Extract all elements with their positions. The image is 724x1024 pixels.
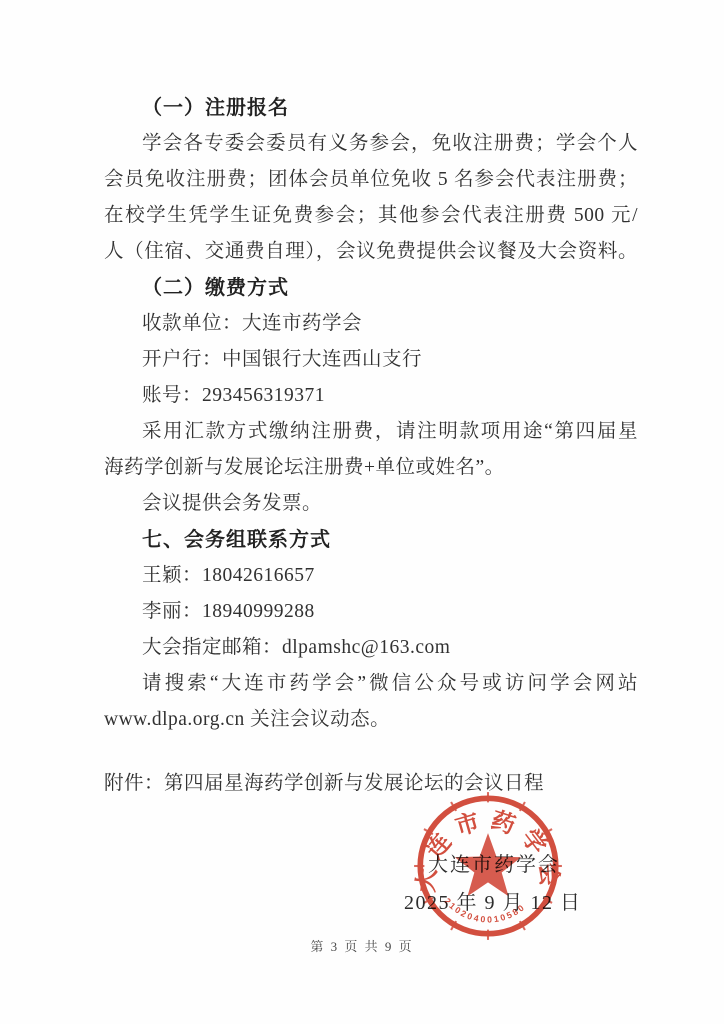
account-number-line: 账号：293456319371 [104, 378, 638, 414]
contact-email-line: 大会指定邮箱：dlpamshc@163.com [104, 630, 638, 666]
doc-line: 请搜索“大连市药学会”微信公众号或访问学会网站 [104, 666, 638, 702]
official-seal: 大连市药学会 2102040010580 [410, 788, 566, 944]
document-body: （一）注册报名 学会各专委会委员有义务参会，免收注册费；学会个人 会员免收注册费… [104, 90, 638, 802]
seal-serial-text: 2102040010580 [442, 896, 527, 925]
doc-line: 采用汇款方式缴纳注册费，请注明款项用途“第四届星 [104, 414, 638, 450]
invoice-line: 会议提供会务发票。 [104, 486, 638, 522]
section-heading-contact: 七、会务组联系方式 [104, 522, 638, 558]
doc-line: 学会各专委会委员有义务参会，免收注册费；学会个人 [104, 126, 638, 162]
doc-line: 海药学创新与发展论坛注册费+单位或姓名”。 [104, 450, 638, 486]
payee-line: 收款单位：大连市药学会 [104, 306, 638, 342]
contact-phone-line: 李丽：18940999288 [104, 594, 638, 630]
doc-line: 在校学生凭学生证免费参会；其他参会代表注册费 500 元/ [104, 198, 638, 234]
scanned-document-page: { "doc": { "lines": [ { "text": "（一）注册报名… [0, 0, 724, 1024]
bank-line: 开户行：中国银行大连西山支行 [104, 342, 638, 378]
doc-line: 人（住宿、交通费自理），会议免费提供会议餐及大会资料。 [104, 234, 638, 270]
contact-phone-line: 王颖：18042616657 [104, 558, 638, 594]
section-heading-registration: （一）注册报名 [104, 90, 638, 126]
seal-star [455, 833, 521, 896]
website-line: www.dlpa.org.cn 关注会议动态。 [104, 702, 638, 738]
doc-line: 会员免收注册费；团体会员单位免收 5 名参会代表注册费； [104, 162, 638, 198]
page-number-footer: 第 3 页 共 9 页 [0, 936, 724, 955]
section-heading-payment: （二）缴费方式 [104, 270, 638, 306]
